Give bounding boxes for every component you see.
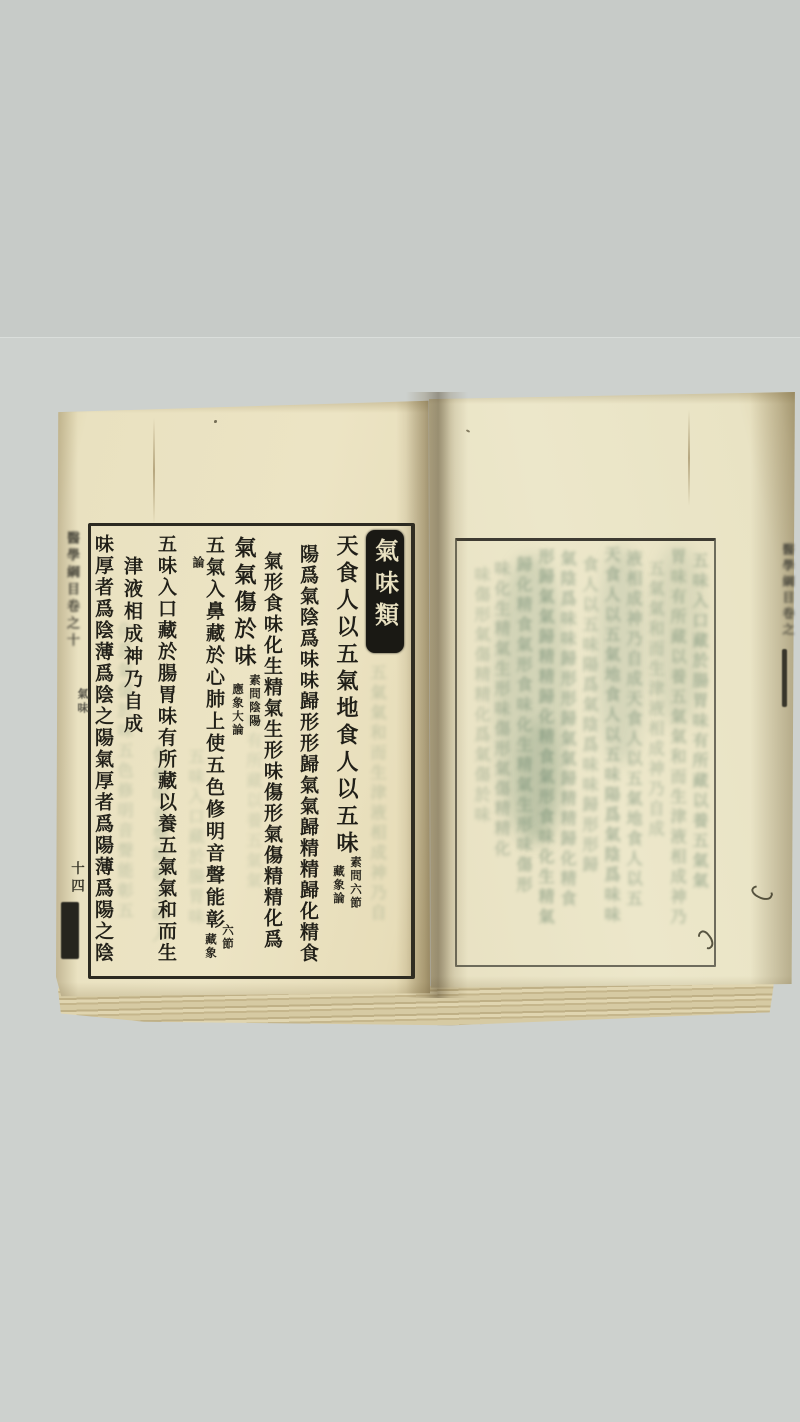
source-citation-annotation: 六節藏象 xyxy=(203,924,236,960)
annotation-subcolumn: 六節 xyxy=(220,924,236,960)
paper-crease xyxy=(153,418,155,524)
text-column: 津液相成神乃自成 xyxy=(119,556,146,736)
section-title-label: 氣味類 xyxy=(368,530,403,634)
annotation-subcolumn: 素問六節 xyxy=(348,856,364,910)
paper-crease xyxy=(688,410,690,506)
scanned-book-photo: 五味入口藏於腸胃味有所藏以養五氣氣胃味有所藏以養五氣氣和而生津液相成神乃五氣氣和… xyxy=(0,0,800,1422)
annotation-subcolumn: 應象大論 xyxy=(230,683,246,737)
section-title-cartouche: 氣味類 xyxy=(366,530,404,653)
text-column: 天食人以五氣地食人以五味 xyxy=(331,534,362,858)
text-column: 陽爲氣陰爲味味歸形形歸氣氣歸精精歸化精食 xyxy=(295,544,322,964)
text-column: 味厚者爲陰薄爲陰之陽氣厚者爲陽薄爲陽之陰 xyxy=(90,534,117,964)
source-citation-annotation: 素問陰陽應象大論 xyxy=(230,674,263,737)
left-edge-black-bar xyxy=(61,902,79,959)
annotation-subcolumn: 藏象論 xyxy=(331,865,347,910)
left-edge-section-label: 氣味 xyxy=(74,688,90,716)
annotation-subcolumn: 藏象 xyxy=(203,933,219,960)
annotation-overflow-character: 論 xyxy=(190,556,207,568)
right-text-block-border xyxy=(455,538,716,967)
center-fold-shadow xyxy=(406,392,468,998)
text-column: 五味入口藏於腸胃味有所藏以養五氣氣和而生 xyxy=(153,534,180,964)
left-edge-folio-number: 十四 xyxy=(66,861,86,896)
right-edge-black-bar xyxy=(782,649,787,707)
annotation-subcolumn: 素問陰陽 xyxy=(247,674,263,737)
text-column: 氣形食味化生精氣生形味傷形氣傷精精化爲 xyxy=(259,551,286,950)
right-edge-running-title: 醫學綱目卷之 xyxy=(780,543,797,639)
text-column: 氣氣傷於味 xyxy=(229,536,260,671)
left-edge-running-title: 醫學綱目卷之十 xyxy=(62,531,81,650)
source-citation-annotation: 素問六節藏象論 xyxy=(331,856,364,910)
text-column: 五氣入鼻藏於心肺上使五色修明音聲能彰 xyxy=(201,535,228,931)
